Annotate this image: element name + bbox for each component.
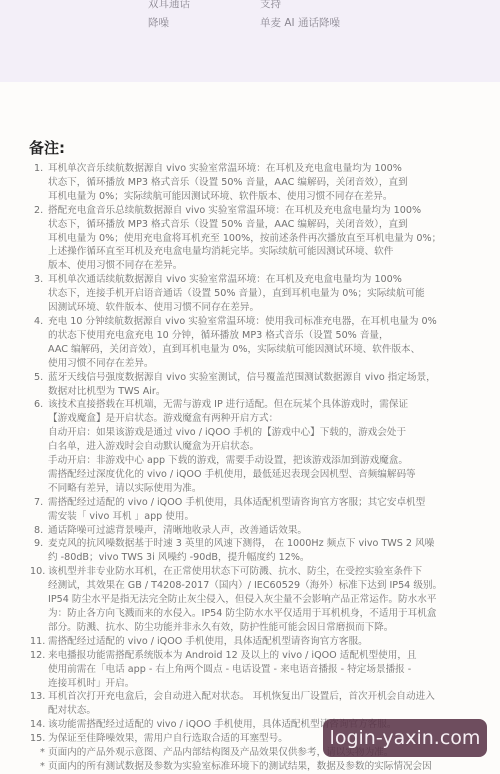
- note-item: 2.搭配充电盒音乐总续航数据源自 vivo 实验室常温环境：在耳机及充电盒电量均…: [0, 204, 500, 274]
- spec-value: 支持: [260, 0, 281, 11]
- footnote-text: 页面内的所有测试数据及参数为实验室标准环境下的测试结果，数据及参数的实际情况会因: [48, 761, 432, 772]
- note-number: 8.: [34, 524, 48, 538]
- note-text: 蓝牙天线信号强度数据源自 vivo 实验室测试，信号覆盖范围测试数据源自 viv…: [48, 372, 436, 397]
- note-number: 15.: [30, 732, 44, 746]
- note-item: 12.来电播报功能需搭配系统版本为 Android 12 及以上的 vivo /…: [0, 649, 500, 691]
- spec-key: 双耳通话: [148, 0, 190, 11]
- note-text: 耳机单次音乐续航数据源自 vivo 实验室常温环境：在耳机及充电盒电量均为 10…: [48, 163, 408, 202]
- note-text: 该技术直接搭载在耳机端，无需与游戏 IP 进行适配。但在玩某个具体游戏时，需保证…: [48, 399, 416, 493]
- note-item: 4.充电 10 分钟续航数据源自 vivo 实验室常温环境：使用我司标准充电器，…: [0, 315, 500, 371]
- footnote: *页面内的所有测试数据及参数为实验室标准环境下的测试结果，数据及参数的实际情况会…: [0, 760, 500, 774]
- footnote-mark: *: [40, 746, 45, 760]
- note-text: 来电播报功能需搭配系统版本为 Android 12 及以上的 vivo / iQ…: [48, 650, 417, 689]
- note-text: 需搭配经过适配的 vivo / iQOO 手机使用，具体适配机型请咨询官方客服。: [48, 636, 368, 647]
- note-number: 2.: [34, 204, 48, 218]
- spec-value: 单麦 AI 通话降噪: [260, 15, 340, 30]
- note-number: 4.: [34, 315, 48, 329]
- footnote-mark: *: [40, 760, 45, 774]
- note-text: 搭配充电盒音乐总续航数据源自 vivo 实验室常温环境：在耳机及充电盒电量均为 …: [48, 205, 441, 272]
- note-number: 3.: [34, 273, 48, 287]
- note-number: 11.: [30, 635, 44, 649]
- note-number: 10.: [30, 565, 44, 579]
- note-item: 1.耳机单次音乐续航数据源自 vivo 实验室常温环境：在耳机及充电盒电量均为 …: [0, 162, 500, 204]
- note-item: 11.需搭配经过适配的 vivo / iQOO 手机使用，具体适配机型请咨询官方…: [0, 635, 500, 649]
- note-item: 9.麦克风的抗风噪数据基于时速 3 英里的风速下测得， 在 1000Hz 频点下…: [0, 537, 500, 565]
- note-number: 1.: [34, 162, 48, 176]
- spec-table: 双耳通话 支持 降噪 单麦 AI 通话降噪: [0, 0, 500, 82]
- note-number: 9.: [34, 537, 48, 551]
- note-text: 需搭配经过适配的 vivo / iQOO 手机使用，具体适配机型请咨询官方客服；…: [48, 497, 425, 522]
- note-number: 6.: [34, 398, 48, 412]
- note-number: 5.: [34, 371, 48, 385]
- note-item: 7.需搭配经过适配的 vivo / iQOO 手机使用，具体适配机型请咨询官方客…: [0, 496, 500, 524]
- note-text: 通话降噪可过滤背景噪声，清晰地收录人声，改善通话效果。: [48, 525, 307, 536]
- notes-title: 备注:: [29, 137, 65, 158]
- note-item: 10.该机型并非专业防水耳机，在正常使用状态下可防溅、抗水、防尘，在受控实验室条…: [0, 565, 500, 635]
- note-number: 7.: [34, 496, 48, 510]
- watermark: login-yaxin.com: [323, 719, 487, 757]
- note-number: 13.: [30, 690, 44, 704]
- note-item: 3.耳机单次通话续航数据源自 vivo 实验室常温环境：在耳机及充电盒电量均为 …: [0, 273, 500, 315]
- note-number: 14.: [30, 718, 44, 732]
- note-item: 13.耳机首次打开充电盒后，会自动进入配对状态。 耳机恢复出厂设置后，首次开机会…: [0, 690, 500, 718]
- note-text: 耳机首次打开充电盒后，会自动进入配对状态。 耳机恢复出厂设置后，首次开机会自动进…: [48, 691, 435, 716]
- note-text: 该机型并非专业防水耳机，在正常使用状态下可防溅、抗水、防尘，在受控实验室条件下 …: [48, 566, 442, 633]
- notes-list: 1.耳机单次音乐续航数据源自 vivo 实验室常温环境：在耳机及充电盒电量均为 …: [0, 162, 500, 774]
- note-text: 麦克风的抗风噪数据基于时速 3 英里的风速下测得， 在 1000Hz 频点下 v…: [48, 538, 434, 563]
- note-item: 6.该技术直接搭载在耳机端，无需与游戏 IP 进行适配。但在玩某个具体游戏时，需…: [0, 398, 500, 495]
- spec-key: 降噪: [148, 15, 169, 30]
- note-text: 为保证至佳降噪效果，需用户自行选取合适的耳塞型号。: [48, 733, 288, 744]
- note-text: 耳机单次通话续航数据源自 vivo 实验室常温环境：在耳机及充电盒电量均为 10…: [48, 274, 425, 313]
- note-text: 充电 10 分钟续航数据源自 vivo 实验室常温环境：使用我司标准充电器，在耳…: [48, 316, 437, 369]
- note-number: 12.: [30, 649, 44, 663]
- note-item: 8.通话降噪可过滤背景噪声，清晰地收录人声，改善通话效果。: [0, 524, 500, 538]
- note-item: 5.蓝牙天线信号强度数据源自 vivo 实验室测试，信号覆盖范围测试数据源自 v…: [0, 371, 500, 399]
